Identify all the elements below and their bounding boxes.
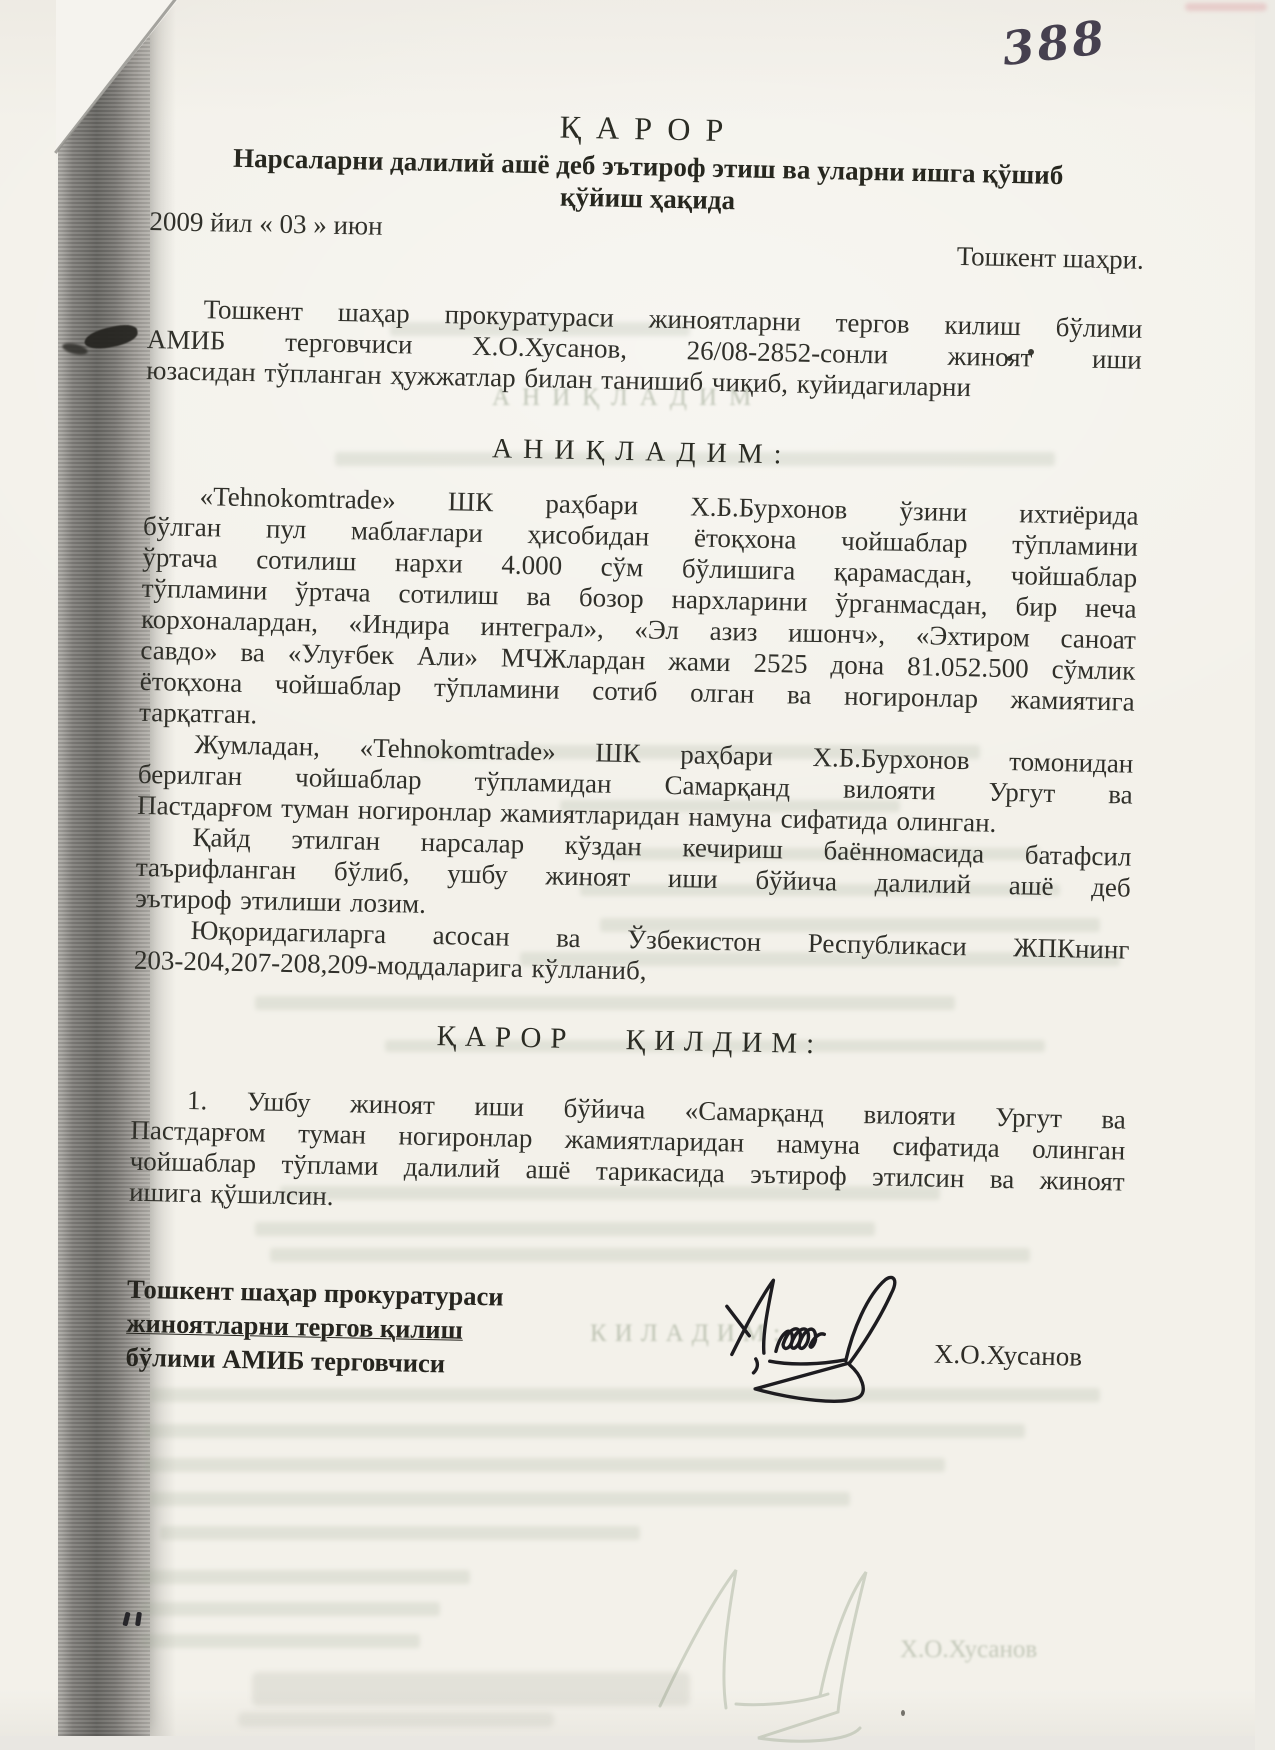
bleedthrough-handwriting <box>252 1672 690 1706</box>
intro-paragraph: Тошкент шаҳар прокуратураси жиноятларни … <box>146 293 1143 407</box>
document-body: ҚАРОР Нарсаларни далилий ашё деб эътироф… <box>123 100 1146 1483</box>
pen-tick-marks <box>124 1612 150 1630</box>
paragraph-burhonov: «Tehnokomtrade» ШК раҳбари Х.Б.Бурхонов … <box>139 480 1139 749</box>
document-city: Тошкент шаҳри. <box>956 241 1144 276</box>
bleedthrough-handwriting <box>238 1712 554 1727</box>
signature-block: Тошкент шаҳар прокуратураси жиноятларни … <box>123 1272 1122 1483</box>
bleedthrough-signature <box>608 1556 908 1746</box>
ink-dot <box>901 1710 905 1716</box>
bleedthrough-line <box>150 1492 850 1506</box>
scan-smudge <box>1185 3 1267 11</box>
handwritten-signature <box>711 1266 924 1420</box>
signatory-name: Х.О.Хусанов <box>934 1339 1083 1373</box>
handwritten-page-number: 388 <box>999 10 1110 76</box>
heading-qaror-qildim: ҚАРОР ҚИЛДИМ: <box>132 1012 1128 1069</box>
bleedthrough-signatory-name: Х.О.Хусанов <box>900 1636 1037 1664</box>
scan-edge-right <box>1255 0 1275 1750</box>
decision-paragraph: 1. Ушбу жиноят иши бўйича «Самарқанд вил… <box>129 1084 1126 1229</box>
bleedthrough-line <box>140 1602 440 1616</box>
bleedthrough-line <box>160 1526 640 1540</box>
signatory-title: Тошкент шаҳар прокуратураси жиноятларни … <box>125 1272 1122 1395</box>
bleedthrough-line <box>140 1634 420 1648</box>
scanned-document-page: { "page_number": "388", "header": { "tit… <box>0 0 1275 1750</box>
bleedthrough-line <box>140 1570 470 1584</box>
heading-aniqladim: АНИҚЛАДИМ: <box>144 424 1140 481</box>
document-date: 2009 йил « 03 » июн <box>149 206 383 242</box>
